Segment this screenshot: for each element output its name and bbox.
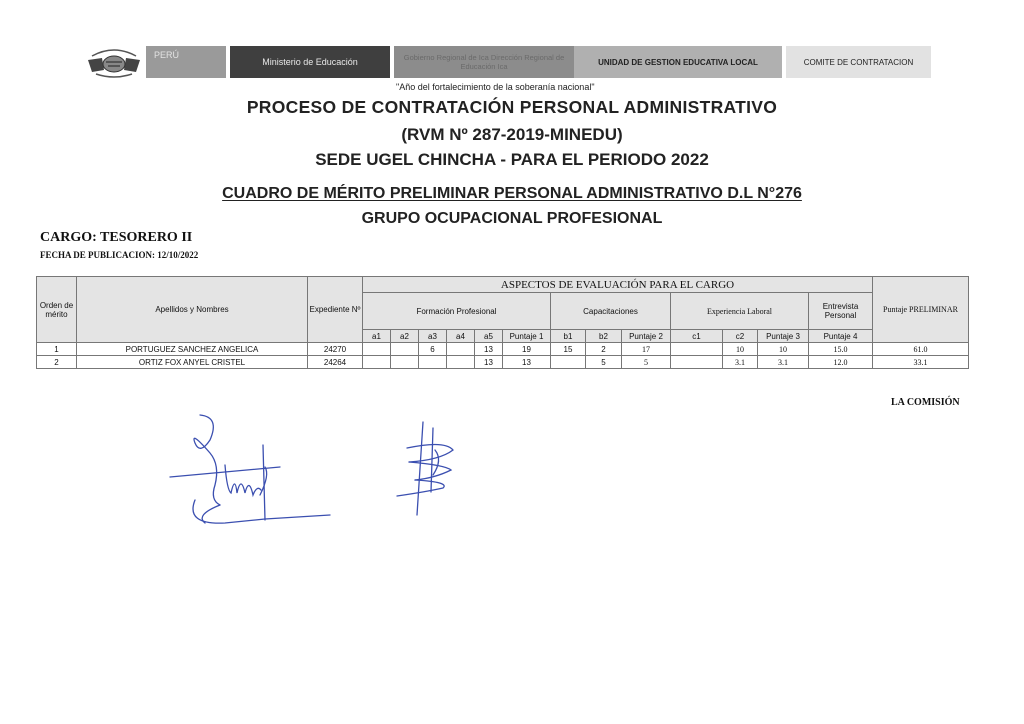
header-ugel-box: UNIDAD DE GESTION EDUCATIVA LOCAL [574,46,782,78]
cell-puntaje3: 3.1 [758,356,809,369]
cell-nombre: PORTUGUEZ SANCHEZ ANGELICA [77,343,308,356]
cell-nombre: ORTIZ FOX ANYEL CRISTEL [77,356,308,369]
header-expediente: Expediente Nº [308,277,363,343]
cell-b2: 2 [586,343,622,356]
cell-c1 [671,356,723,369]
cell-a1 [363,343,391,356]
cell-c2: 10 [723,343,758,356]
cell-c2: 3.1 [723,356,758,369]
cell-a3: 6 [419,343,447,356]
header-minedu-box: Ministerio de Educación [230,46,390,78]
subheader-a3: a3 [419,330,447,343]
header-capacitaciones: Capacitaciones [551,293,671,330]
subheader-puntaje1: Puntaje 1 [503,330,551,343]
subheader-a1: a1 [363,330,391,343]
subheader-c1: c1 [671,330,723,343]
title-rvm: (RVM Nº 287-2019-MINEDU) [0,125,1024,145]
cell-a5: 13 [475,356,503,369]
peru-coat-of-arms-icon [86,46,142,78]
title-cuadro-merito: CUADRO DE MÉRITO PRELIMINAR PERSONAL ADM… [0,185,1024,203]
cell-puntaje1: 13 [503,356,551,369]
cell-puntaje1: 19 [503,343,551,356]
la-comision-label: LA COMISIÓN [891,397,960,408]
table-row: 2 ORTIZ FOX ANYEL CRISTEL 24264 13 13 5 … [37,356,969,369]
signature-1-icon [165,405,335,530]
cell-total: 61.0 [873,343,969,356]
header-comite-box: COMITE DE CONTRATACION [786,46,931,78]
fecha-publicacion: FECHA DE PUBLICACION: 12/10/2022 [40,250,198,260]
title-grupo: GRUPO OCUPACIONAL PROFESIONAL [0,210,1024,228]
cargo-label: CARGO: TESORERO II [40,230,192,246]
header-experiencia: Experiencia Laboral [671,293,809,330]
year-motto: "Año del fortalecimiento de la soberanía… [396,82,595,92]
cell-b1 [551,356,586,369]
cell-expediente: 24270 [308,343,363,356]
cell-a2 [391,343,419,356]
title-proceso: PROCESO DE CONTRATACIÓN PERSONAL ADMINIS… [0,97,1024,118]
cell-puntaje4: 12.0 [809,356,873,369]
cell-c1 [671,343,723,356]
header-banner: PERÚ Ministerio de Educación Gobierno Re… [86,46,931,78]
header-nombre: Apellidos y Nombres [77,277,308,343]
header-entrevista: Entrevista Personal [809,293,873,330]
subheader-a4: a4 [447,330,475,343]
cell-puntaje2: 5 [622,356,671,369]
cell-b2: 5 [586,356,622,369]
cell-puntaje4: 15.0 [809,343,873,356]
table-row: 1 PORTUGUEZ SANCHEZ ANGELICA 24270 6 13 … [37,343,969,356]
cell-a5: 13 [475,343,503,356]
header-gore-box: Gobierno Regional de Ica Dirección Regio… [394,46,574,78]
cell-orden: 2 [37,356,77,369]
cell-a2 [391,356,419,369]
merit-table: Orden de mérito Apellidos y Nombres Expe… [36,276,969,369]
title-sede: SEDE UGEL CHINCHA - PARA EL PERIODO 2022 [0,150,1024,170]
header-puntaje-preliminar: Puntaje PRELIMINAR [873,277,969,343]
header-orden: Orden de mérito [37,277,77,343]
signature-2-icon [395,420,460,520]
cell-a3 [419,356,447,369]
cell-orden: 1 [37,343,77,356]
subheader-puntaje3: Puntaje 3 [758,330,809,343]
cell-puntaje2: 17 [622,343,671,356]
header-formacion: Formación Profesional [363,293,551,330]
subheader-b2: b2 [586,330,622,343]
subheader-c2: c2 [723,330,758,343]
subheader-b1: b1 [551,330,586,343]
cell-a4 [447,343,475,356]
subheader-a5: a5 [475,330,503,343]
cell-expediente: 24264 [308,356,363,369]
subheader-puntaje4: Puntaje 4 [809,330,873,343]
header-aspectos: ASPECTOS DE EVALUACIÓN PARA EL CARGO [363,277,873,293]
cell-puntaje3: 10 [758,343,809,356]
header-peru-box: PERÚ [146,46,226,78]
cell-total: 33.1 [873,356,969,369]
subheader-a2: a2 [391,330,419,343]
cell-a1 [363,356,391,369]
cell-b1: 15 [551,343,586,356]
cell-a4 [447,356,475,369]
subheader-puntaje2: Puntaje 2 [622,330,671,343]
